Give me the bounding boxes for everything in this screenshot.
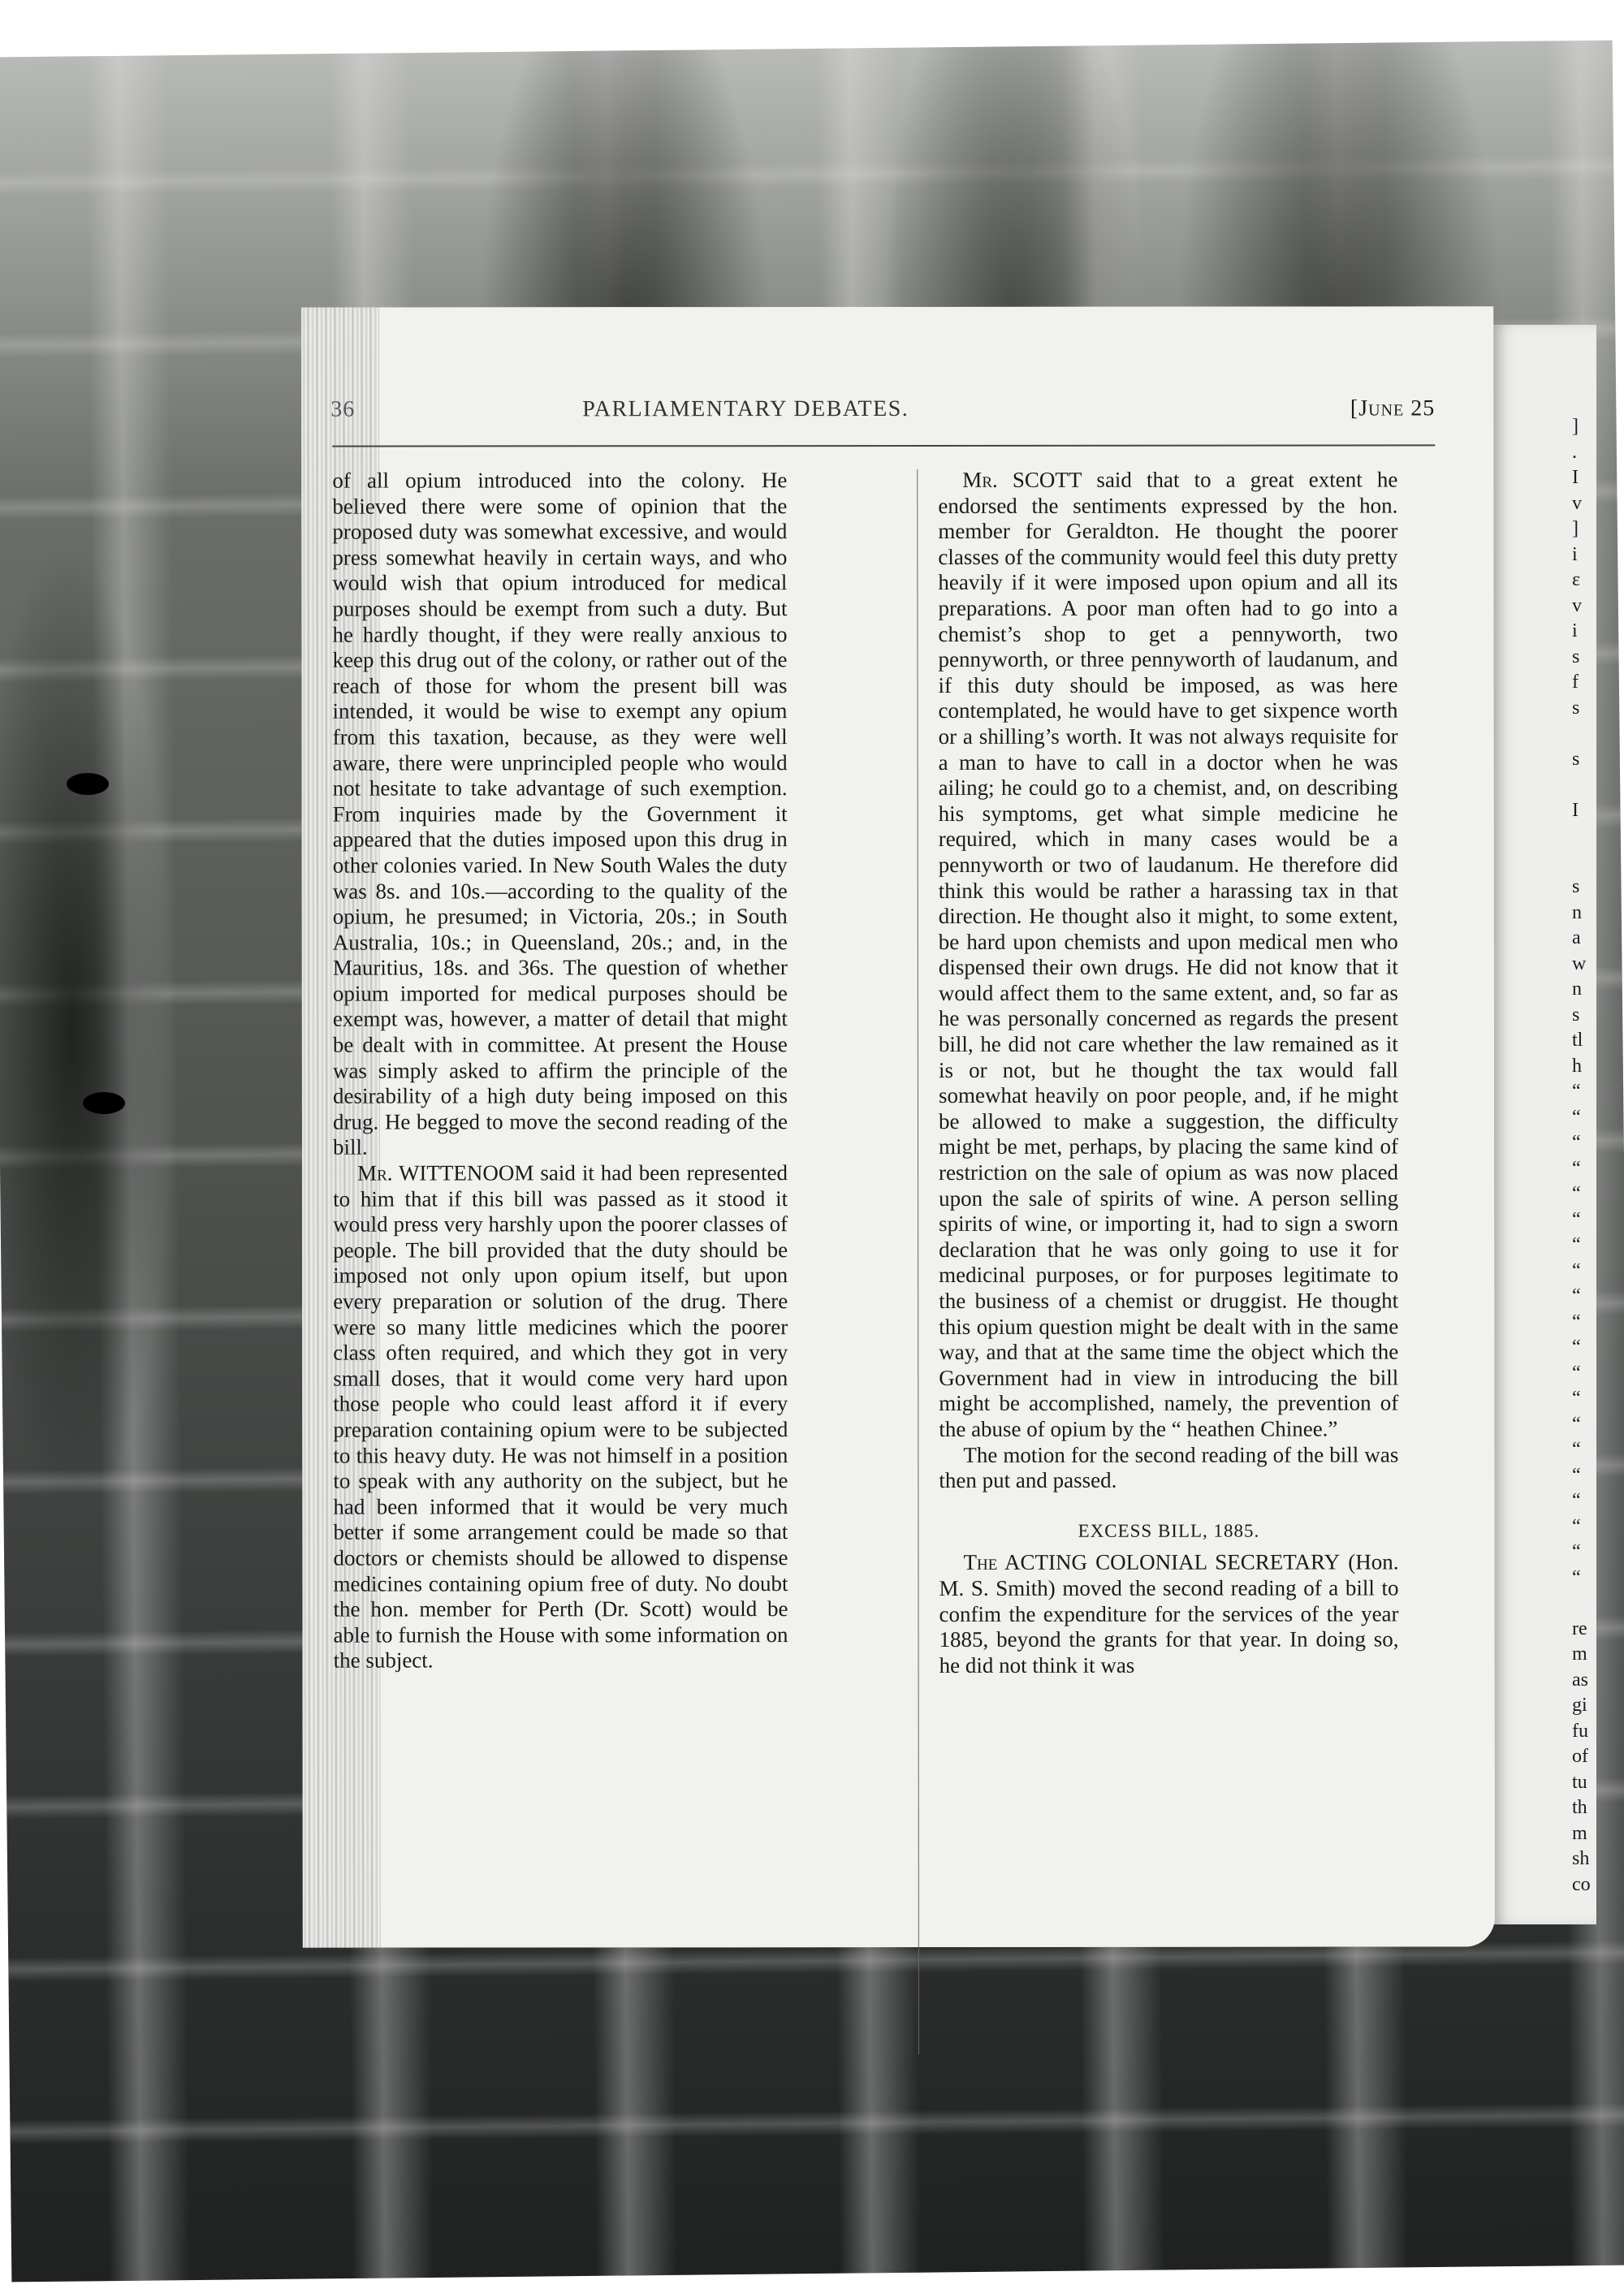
speech-text: said that to a great extent he endorsed … [938, 467, 1398, 1440]
running-title: PARLIAMENTARY DEBATES. [582, 396, 909, 422]
facing-fragment [1572, 823, 1596, 849]
paragraph-colonial-secretary: The ACTING COLONIAL SECRETARY (Hon. M. S… [939, 1550, 1398, 1678]
punch-hole-top [67, 773, 109, 795]
punch-hole-bottom [83, 1092, 125, 1114]
facing-fragment: ε [1572, 568, 1596, 594]
facing-fragment: i [1572, 619, 1596, 645]
facing-fragment: m [1572, 1642, 1596, 1668]
facing-fragment: ] [1572, 516, 1596, 542]
facing-fragment: “ [1572, 1488, 1596, 1514]
facing-fragment: “ [1572, 1105, 1596, 1131]
paragraph-scott: Mr. SCOTT said that to a great extent he… [938, 467, 1398, 1442]
facing-fragment: “ [1572, 1386, 1596, 1412]
facing-fragment: n [1572, 977, 1596, 1003]
facing-fragment: “ [1572, 1156, 1596, 1182]
facing-fragment: “ [1572, 1335, 1596, 1361]
facing-fragment: s [1572, 696, 1596, 722]
facing-fragment: ] [1572, 414, 1596, 440]
facing-fragment: “ [1572, 1361, 1596, 1387]
speech-text: said it had been represented to him that… [333, 1160, 788, 1673]
book-page: 36 PARLIAMENTARY DEBATES. [June 25 of al… [301, 306, 1495, 1947]
facing-fragment [1572, 849, 1596, 875]
facing-fragment: “ [1572, 1514, 1596, 1540]
running-header: 36 PARLIAMENTARY DEBATES. [June 25 [330, 395, 1435, 429]
facing-fragment: . [1572, 440, 1596, 466]
facing-fragment: of [1572, 1744, 1596, 1770]
speaker-name: The ACTING COLONIAL SECRETARY [963, 1550, 1340, 1574]
facing-fragment: co [1572, 1872, 1596, 1898]
page-number: 36 [330, 397, 355, 423]
facing-fragment: m [1572, 1821, 1596, 1847]
facing-fragment: “ [1572, 1259, 1596, 1285]
facing-fragment: n [1572, 900, 1596, 926]
header-rule [332, 444, 1435, 447]
facing-fragment: sh [1572, 1846, 1596, 1872]
facing-fragment: s [1572, 645, 1596, 671]
facing-fragment: “ [1572, 1310, 1596, 1336]
right-column: Mr. SCOTT said that to a great extent he… [938, 467, 1398, 1678]
facing-fragment [1572, 772, 1596, 798]
left-column: of all opium introduced into the colony.… [332, 468, 788, 1674]
facing-fragment: “ [1572, 1233, 1596, 1259]
facing-fragment: th [1572, 1795, 1596, 1821]
facing-fragment: “ [1572, 1412, 1596, 1438]
facing-fragment: “ [1572, 1079, 1596, 1105]
paragraph-minister-continued: of all opium introduced into the colony.… [332, 468, 788, 1161]
section-heading: EXCESS BILL, 1885. [939, 1518, 1398, 1544]
paragraph-motion-passed: The motion for the second reading of the… [939, 1442, 1398, 1494]
facing-fragment: I [1572, 798, 1596, 824]
facing-fragment: “ [1572, 1463, 1596, 1489]
facing-fragment [1572, 1591, 1596, 1617]
page-date: [June 25 [1350, 395, 1435, 421]
facing-fragment: as [1572, 1668, 1596, 1694]
facing-page: ].Iv]iεvisfssIsnawnstlh“““““““““““““““““… [1486, 325, 1596, 1924]
facing-fragment: a [1572, 926, 1596, 952]
facing-fragment: “ [1572, 1207, 1596, 1233]
facing-fragment: I [1572, 465, 1596, 491]
facing-fragment: gi [1572, 1693, 1596, 1719]
facing-fragment: “ [1572, 1284, 1596, 1310]
facing-fragment: “ [1572, 1566, 1596, 1592]
facing-fragment: s [1572, 1003, 1596, 1029]
facing-fragment: re [1572, 1617, 1596, 1643]
facing-fragment: fu [1572, 1719, 1596, 1745]
facing-fragment: v [1572, 491, 1596, 517]
facing-page-text-fragments: ].Iv]iεvisfssIsnawnstlh“““““““““““““““““… [1572, 414, 1596, 1898]
paragraph-wittenoom: Mr. WITTENOOM said it had been represent… [333, 1160, 788, 1674]
column-divider [917, 469, 919, 2054]
facing-fragment: i [1572, 542, 1596, 568]
facing-fragment: w [1572, 952, 1596, 978]
facing-fragment: v [1572, 594, 1596, 620]
facing-fragment: s [1572, 747, 1596, 773]
facing-fragment: “ [1572, 1181, 1596, 1207]
page-content: 36 PARLIAMENTARY DEBATES. [June 25 of al… [379, 306, 1495, 1947]
facing-fragment: “ [1572, 1130, 1596, 1156]
facing-fragment: “ [1572, 1540, 1596, 1566]
facing-fragment [1572, 721, 1596, 747]
facing-fragment: f [1572, 670, 1596, 696]
facing-fragment: tl [1572, 1028, 1596, 1054]
speaker-name: Mr. SCOTT [962, 468, 1082, 492]
facing-fragment: s [1572, 875, 1596, 900]
facing-fragment: tu [1572, 1770, 1596, 1796]
facing-fragment: h [1572, 1054, 1596, 1080]
speaker-name: Mr. WITTENOOM [357, 1160, 533, 1185]
facing-fragment: “ [1572, 1437, 1596, 1463]
